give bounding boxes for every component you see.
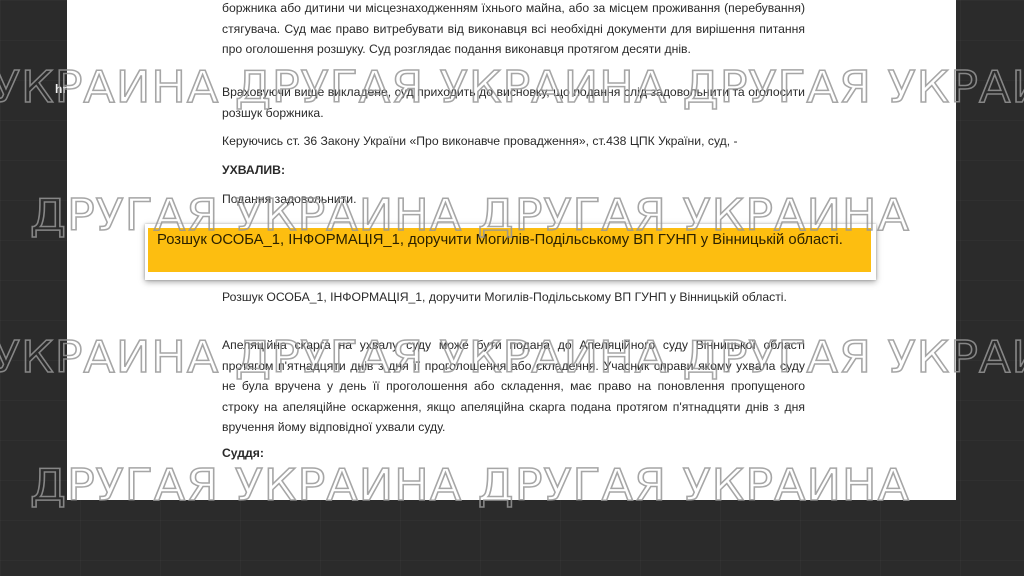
paragraph-conclusion: Враховуючи вище викладене, суд приходить…: [222, 82, 805, 123]
paragraph-search: Розшук ОСОБА_1, ІНФОРМАЦІЯ_1, доручити М…: [222, 287, 805, 308]
paragraph-appeal: Апеляційна скарга на ухвалу суду може бу…: [222, 335, 805, 438]
highlighted-quote: Розшук ОСОБА_1, ІНФОРМАЦІЯ_1, доручити М…: [148, 228, 871, 272]
paragraph-legal-basis: Керуючись ст. 36 Закону України «Про вик…: [222, 131, 805, 152]
heading-decided: УХВАЛИВ:: [222, 160, 805, 181]
paragraph-top: боржника або дитини чи місцезнаходженням…: [222, 0, 805, 60]
highlight-callout: Розшук ОСОБА_1, ІНФОРМАЦІЯ_1, доручити М…: [145, 224, 876, 280]
paragraph-granted: Подання задовольнити.: [222, 189, 805, 210]
heading-judge: Суддя:: [222, 443, 805, 464]
side-panel-snippet: hr: [55, 82, 67, 96]
